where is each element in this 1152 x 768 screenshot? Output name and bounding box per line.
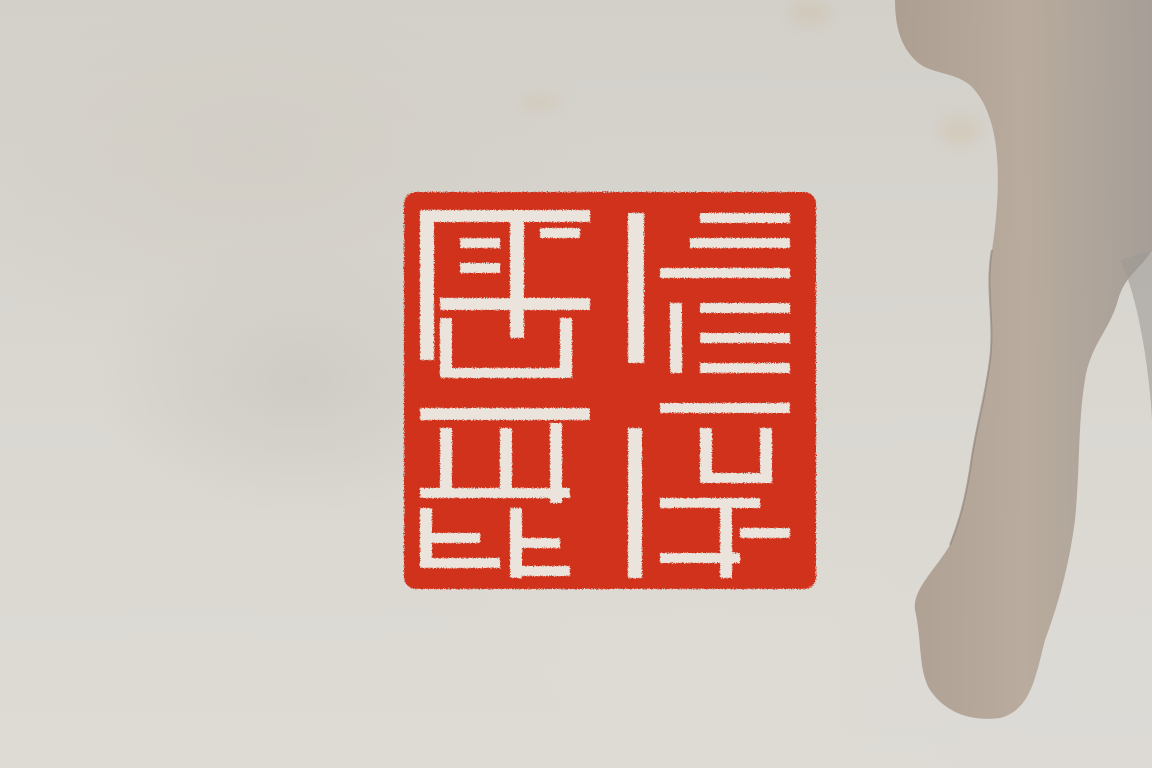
red-seal-stamp [400,188,820,593]
